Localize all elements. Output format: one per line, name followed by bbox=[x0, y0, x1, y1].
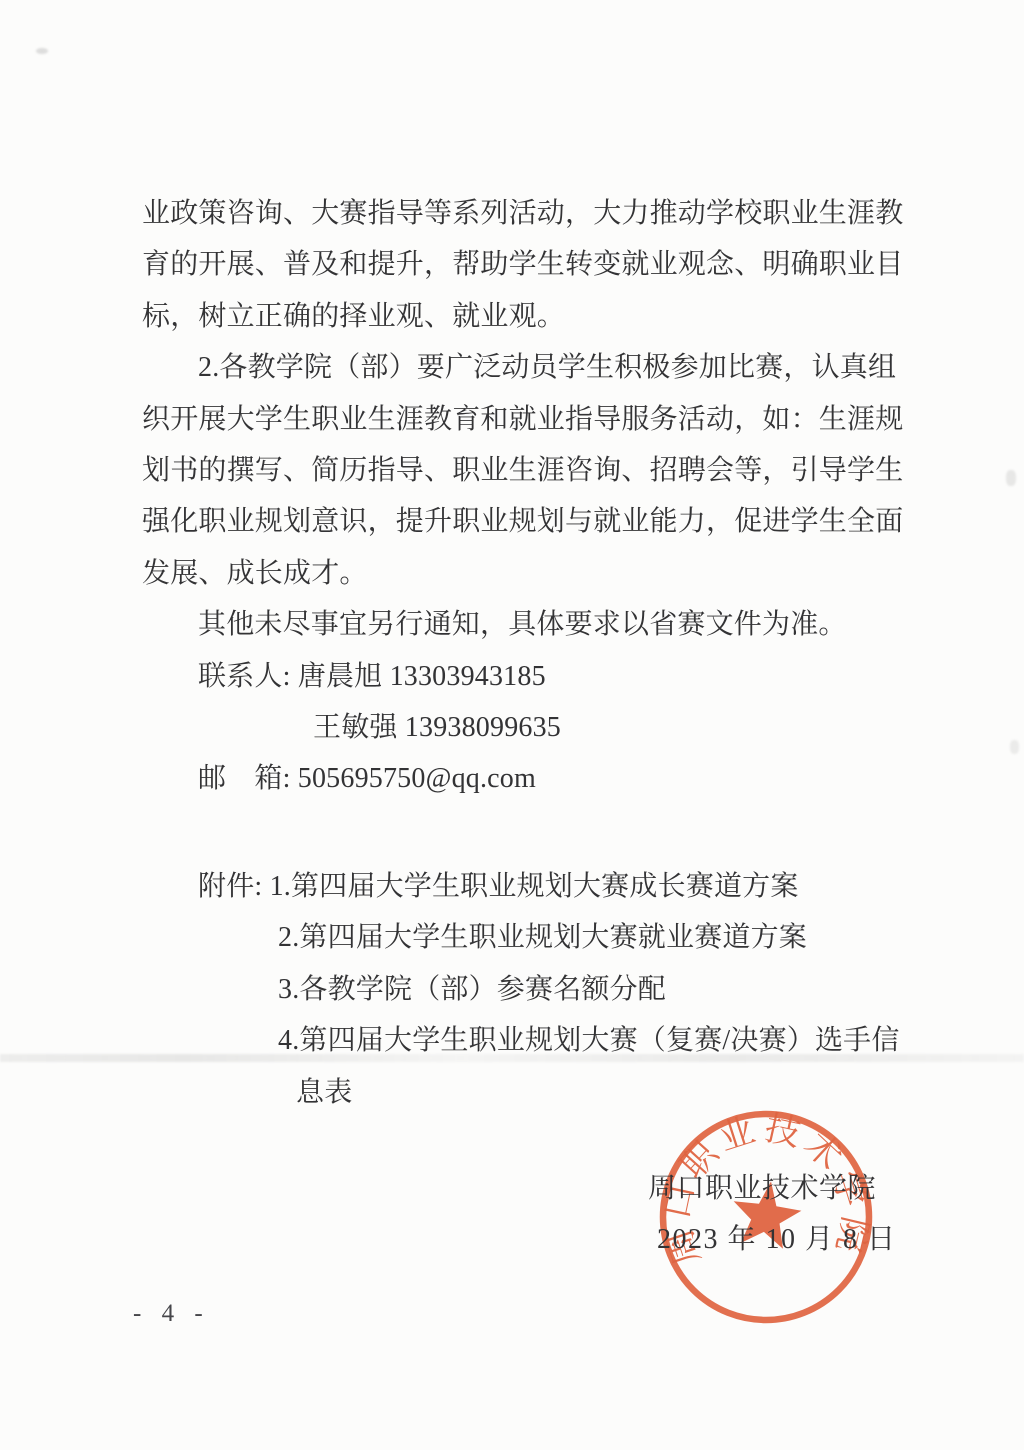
doc-text-line: 王敏强 13938099635 bbox=[142, 702, 932, 753]
doc-text-line: 育的开展、普及和提升，帮助学生转变就业观念、明确职业目 bbox=[142, 239, 932, 290]
doc-text-line: 2.第四届大学生职业规划大赛就业赛道方案 bbox=[142, 912, 932, 963]
doc-text-line: 划书的撰写、简历指导、职业生涯咨询、招聘会等，引导学生 bbox=[142, 445, 932, 496]
attachments-block: 附件: 1.第四届大学生职业规划大赛成长赛道方案2.第四届大学生职业规划大赛就业… bbox=[142, 861, 932, 1118]
scanned-document-page: 业政策咨询、大赛指导等系列活动，大力推动学校职业生涯教育的开展、普及和提升，帮助… bbox=[0, 0, 1024, 1450]
doc-text-line: 强化职业规划意识，提升职业规划与就业能力，促进学生全面 bbox=[142, 496, 932, 547]
doc-text-line: 2.各教学院（部）要广泛动员学生积极参加比赛，认真组 bbox=[142, 342, 932, 393]
doc-text-line: 织开展大学生职业生涯教育和就业指导服务活动，如：生涯规 bbox=[142, 394, 932, 445]
doc-text-line: 3.各教学院（部）参赛名额分配 bbox=[142, 964, 932, 1015]
doc-text-line: 邮 箱: 505695750@qq.com bbox=[142, 753, 932, 804]
scan-artifact bbox=[1010, 740, 1019, 754]
scan-artifact bbox=[1006, 470, 1016, 486]
doc-text-line: 其他未尽事宜另行通知，具体要求以省赛文件为准。 bbox=[142, 599, 932, 650]
signature-block: 周口职业技术学院 2023 年 10 月 8 日 bbox=[648, 1163, 897, 1265]
doc-text-line: 附件: 1.第四届大学生职业规划大赛成长赛道方案 bbox=[142, 861, 932, 912]
doc-text-line: 4.第四届大学生职业规划大赛（复赛/决赛）选手信 bbox=[142, 1015, 932, 1066]
doc-text-line: 联系人: 唐晨旭 13303943185 bbox=[142, 651, 932, 702]
main-text-block: 业政策咨询、大赛指导等系列活动，大力推动学校职业生涯教育的开展、普及和提升，帮助… bbox=[142, 188, 932, 805]
doc-text-line: 标，树立正确的择业观、就业观。 bbox=[142, 291, 932, 342]
issue-date: 2023 年 10 月 8 日 bbox=[657, 1214, 897, 1265]
issuing-org: 周口职业技术学院 bbox=[648, 1163, 897, 1214]
doc-text-line: 业政策咨询、大赛指导等系列活动，大力推动学校职业生涯教 bbox=[142, 188, 932, 239]
scan-artifact bbox=[36, 48, 48, 54]
doc-text-line: 发展、成长成才。 bbox=[142, 548, 932, 599]
page-number: - 4 - bbox=[133, 1300, 210, 1328]
